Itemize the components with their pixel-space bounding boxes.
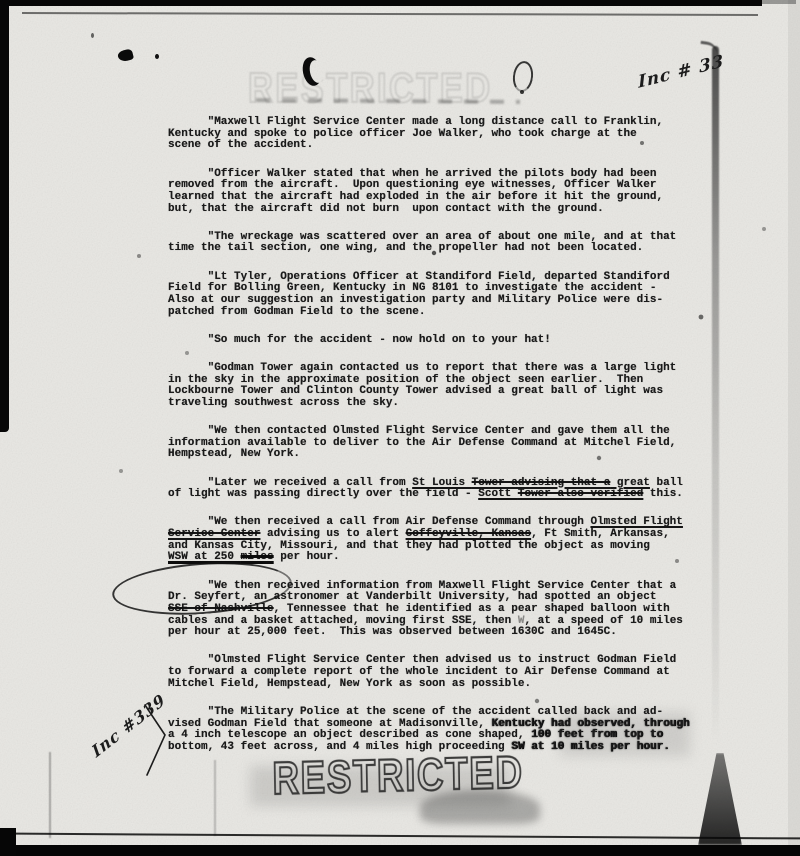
- typed-segment: Also at our suggestion an investigation …: [168, 294, 663, 306]
- typed-segment: Olmsted Flight: [590, 516, 682, 528]
- typed-paragraph: "Later we received a call from St Louis …: [168, 478, 713, 501]
- typed-paragraph: "Officer Walker stated that when he arri…: [168, 169, 713, 216]
- typed-segment: but, that the aircraft did not burn upon…: [168, 203, 604, 215]
- typed-segment: , Tennessee that he identified as a pear…: [274, 603, 670, 615]
- typed-segment: , Ft Smith, Arkansas,: [531, 528, 670, 540]
- scan-artifact-bottom-band: [0, 845, 800, 856]
- typed-line: Hempstead, New York.: [168, 449, 713, 461]
- typed-segment: in the sky in the approximate position o…: [168, 374, 643, 386]
- typed-paragraph: "Godman Tower again contacted us to repo…: [168, 363, 713, 410]
- typed-segment: "Lt Tyler, Operations Officer at Standif…: [168, 271, 670, 283]
- typed-segment: of light was passing directly over the f…: [168, 488, 478, 500]
- typed-text-block: "Maxwell Flight Service Center made a lo…: [168, 117, 713, 770]
- scan-artifact-bottom-corner: [0, 828, 16, 856]
- typed-segment: "We then received a call from Air Defens…: [168, 516, 590, 528]
- typed-segment: a 4 inch telescope an object described a…: [168, 729, 531, 741]
- typed-segment: cables and a basket attached, moving fir…: [168, 615, 518, 627]
- typed-paragraph: "Olmsted Flight Service Center then advi…: [168, 655, 713, 690]
- page-edge-shadow-right: [712, 46, 719, 746]
- typed-line: "So much for the accident - now hold on …: [168, 335, 713, 347]
- typed-segment: ball: [650, 477, 683, 489]
- handwritten-chevron-mark: [142, 703, 168, 777]
- typed-segment: Tower also verified: [518, 488, 643, 500]
- typed-paragraph: "The wreckage was scattered over an area…: [168, 232, 713, 255]
- typed-segment: Service Center: [168, 528, 260, 540]
- typed-line: WSW at 250 miles per hour.: [168, 552, 713, 564]
- paper-edge-strip: [788, 0, 800, 856]
- typed-segment: patched from Godman Field to the scene.: [168, 306, 425, 318]
- typed-segment: vised Godman Field that someone at Madis…: [168, 718, 491, 730]
- typed-line: of light was passing directly over the f…: [168, 489, 713, 501]
- restricted-stamp-top: RESTRICTED: [248, 64, 494, 112]
- typed-segment: W: [518, 615, 525, 627]
- typed-segment: "Maxwell Flight Service Center made a lo…: [168, 116, 663, 128]
- typed-segment: "Later we received a call from: [168, 477, 412, 489]
- typed-segment: Coffeyville, Kansas: [406, 528, 531, 540]
- typed-segment: this.: [643, 488, 683, 500]
- typed-segment: Field for Bolling Green, Kentucky in NG …: [168, 282, 656, 294]
- scan-artifact-bottom-line: [0, 833, 800, 840]
- typed-segment: time the tail section, one wing, and the…: [168, 242, 643, 254]
- page-edge-shadow-hook: [699, 41, 719, 56]
- typed-segment: Hempstead, New York.: [168, 448, 300, 460]
- typed-segment: "We then contacted Olmsted Flight Servic…: [168, 425, 670, 437]
- typed-segment: information available to deliver to the …: [168, 437, 676, 449]
- typed-segment: to forward a complete report of the whol…: [168, 666, 670, 678]
- ink-smudge: [560, 712, 690, 756]
- typed-segment: St Louis: [412, 477, 471, 489]
- typed-segment: per hour at 25,000 feet. This was observ…: [168, 626, 617, 638]
- typed-segment: , at a speed of 10 miles: [524, 615, 682, 627]
- typed-paragraph: "Maxwell Flight Service Center made a lo…: [168, 117, 713, 152]
- typed-segment: and Kansas City, Missouri, and that they…: [168, 540, 650, 552]
- typed-line: traveling southwest across the sky.: [168, 398, 713, 410]
- typed-segment: "Officer Walker stated that when he arri…: [168, 168, 656, 180]
- typed-line: but, that the aircraft did not burn upon…: [168, 204, 713, 216]
- typed-segment: Mitchel Field, Hempstead, New York as so…: [168, 678, 531, 690]
- typed-segment: Scott: [478, 488, 518, 500]
- typed-segment: great: [610, 477, 650, 489]
- typed-segment: "So much for the accident - now hold on …: [168, 334, 551, 346]
- typed-segment: miles: [241, 551, 274, 563]
- scan-artifact-vertical-line: [214, 760, 216, 836]
- typed-segment: scene of the accident.: [168, 139, 313, 151]
- scan-artifact-top-line: [22, 12, 758, 16]
- scan-artifact-left-bar: [0, 0, 9, 432]
- ink-speck: [158, 845, 165, 852]
- typed-line: scene of the accident.: [168, 140, 713, 152]
- typed-paragraph: "We then contacted Olmsted Flight Servic…: [168, 426, 713, 461]
- typed-segment: Lockbourne Tower and Clinton County Towe…: [168, 385, 663, 397]
- paper-specks: [0, 0, 2, 2]
- ink-oval-mark: [511, 60, 535, 93]
- typed-line: per hour at 25,000 feet. This was observ…: [168, 627, 713, 639]
- typed-segment: Tower advising that a: [472, 477, 611, 489]
- typed-paragraph: "Lt Tyler, Operations Officer at Standif…: [168, 272, 713, 319]
- ink-oval-mark-dot: [520, 90, 524, 94]
- typed-segment: per hour.: [274, 551, 340, 563]
- typed-segment: learned that the aircraft had exploded i…: [168, 191, 663, 203]
- typed-segment: "The wreckage was scattered over an area…: [168, 231, 676, 243]
- scan-artifact-top-bar: [0, 0, 762, 6]
- typed-line: Mitchel Field, Hempstead, New York as so…: [168, 679, 713, 691]
- typed-line: patched from Godman Field to the scene.: [168, 307, 713, 319]
- typed-segment: "Olmsted Flight Service Center then advi…: [168, 654, 676, 666]
- typed-paragraph: "So much for the accident - now hold on …: [168, 335, 713, 347]
- typed-paragraph: "We then received a call from Air Defens…: [168, 517, 713, 564]
- typed-segment: Kentucky and spoke to police officer Joe…: [168, 128, 637, 140]
- typed-segment: traveling southwest across the sky.: [168, 397, 399, 409]
- scan-artifact-vertical-line: [49, 752, 51, 838]
- typed-segment: "Godman Tower again contacted us to repo…: [168, 362, 676, 374]
- typed-segment: removed from the aircraft. Upon question…: [168, 179, 656, 191]
- ink-speck: [155, 54, 159, 59]
- typed-line: time the tail section, one wing, and the…: [168, 243, 713, 255]
- ink-speck: [91, 33, 94, 38]
- ink-smudge: [250, 766, 510, 806]
- ink-blot: [117, 48, 134, 62]
- typed-segment: advising us to alert: [260, 528, 405, 540]
- scanned-document-page: RESTRICTED Inc # 33 Inc #339 "Maxwell Fl…: [0, 0, 800, 856]
